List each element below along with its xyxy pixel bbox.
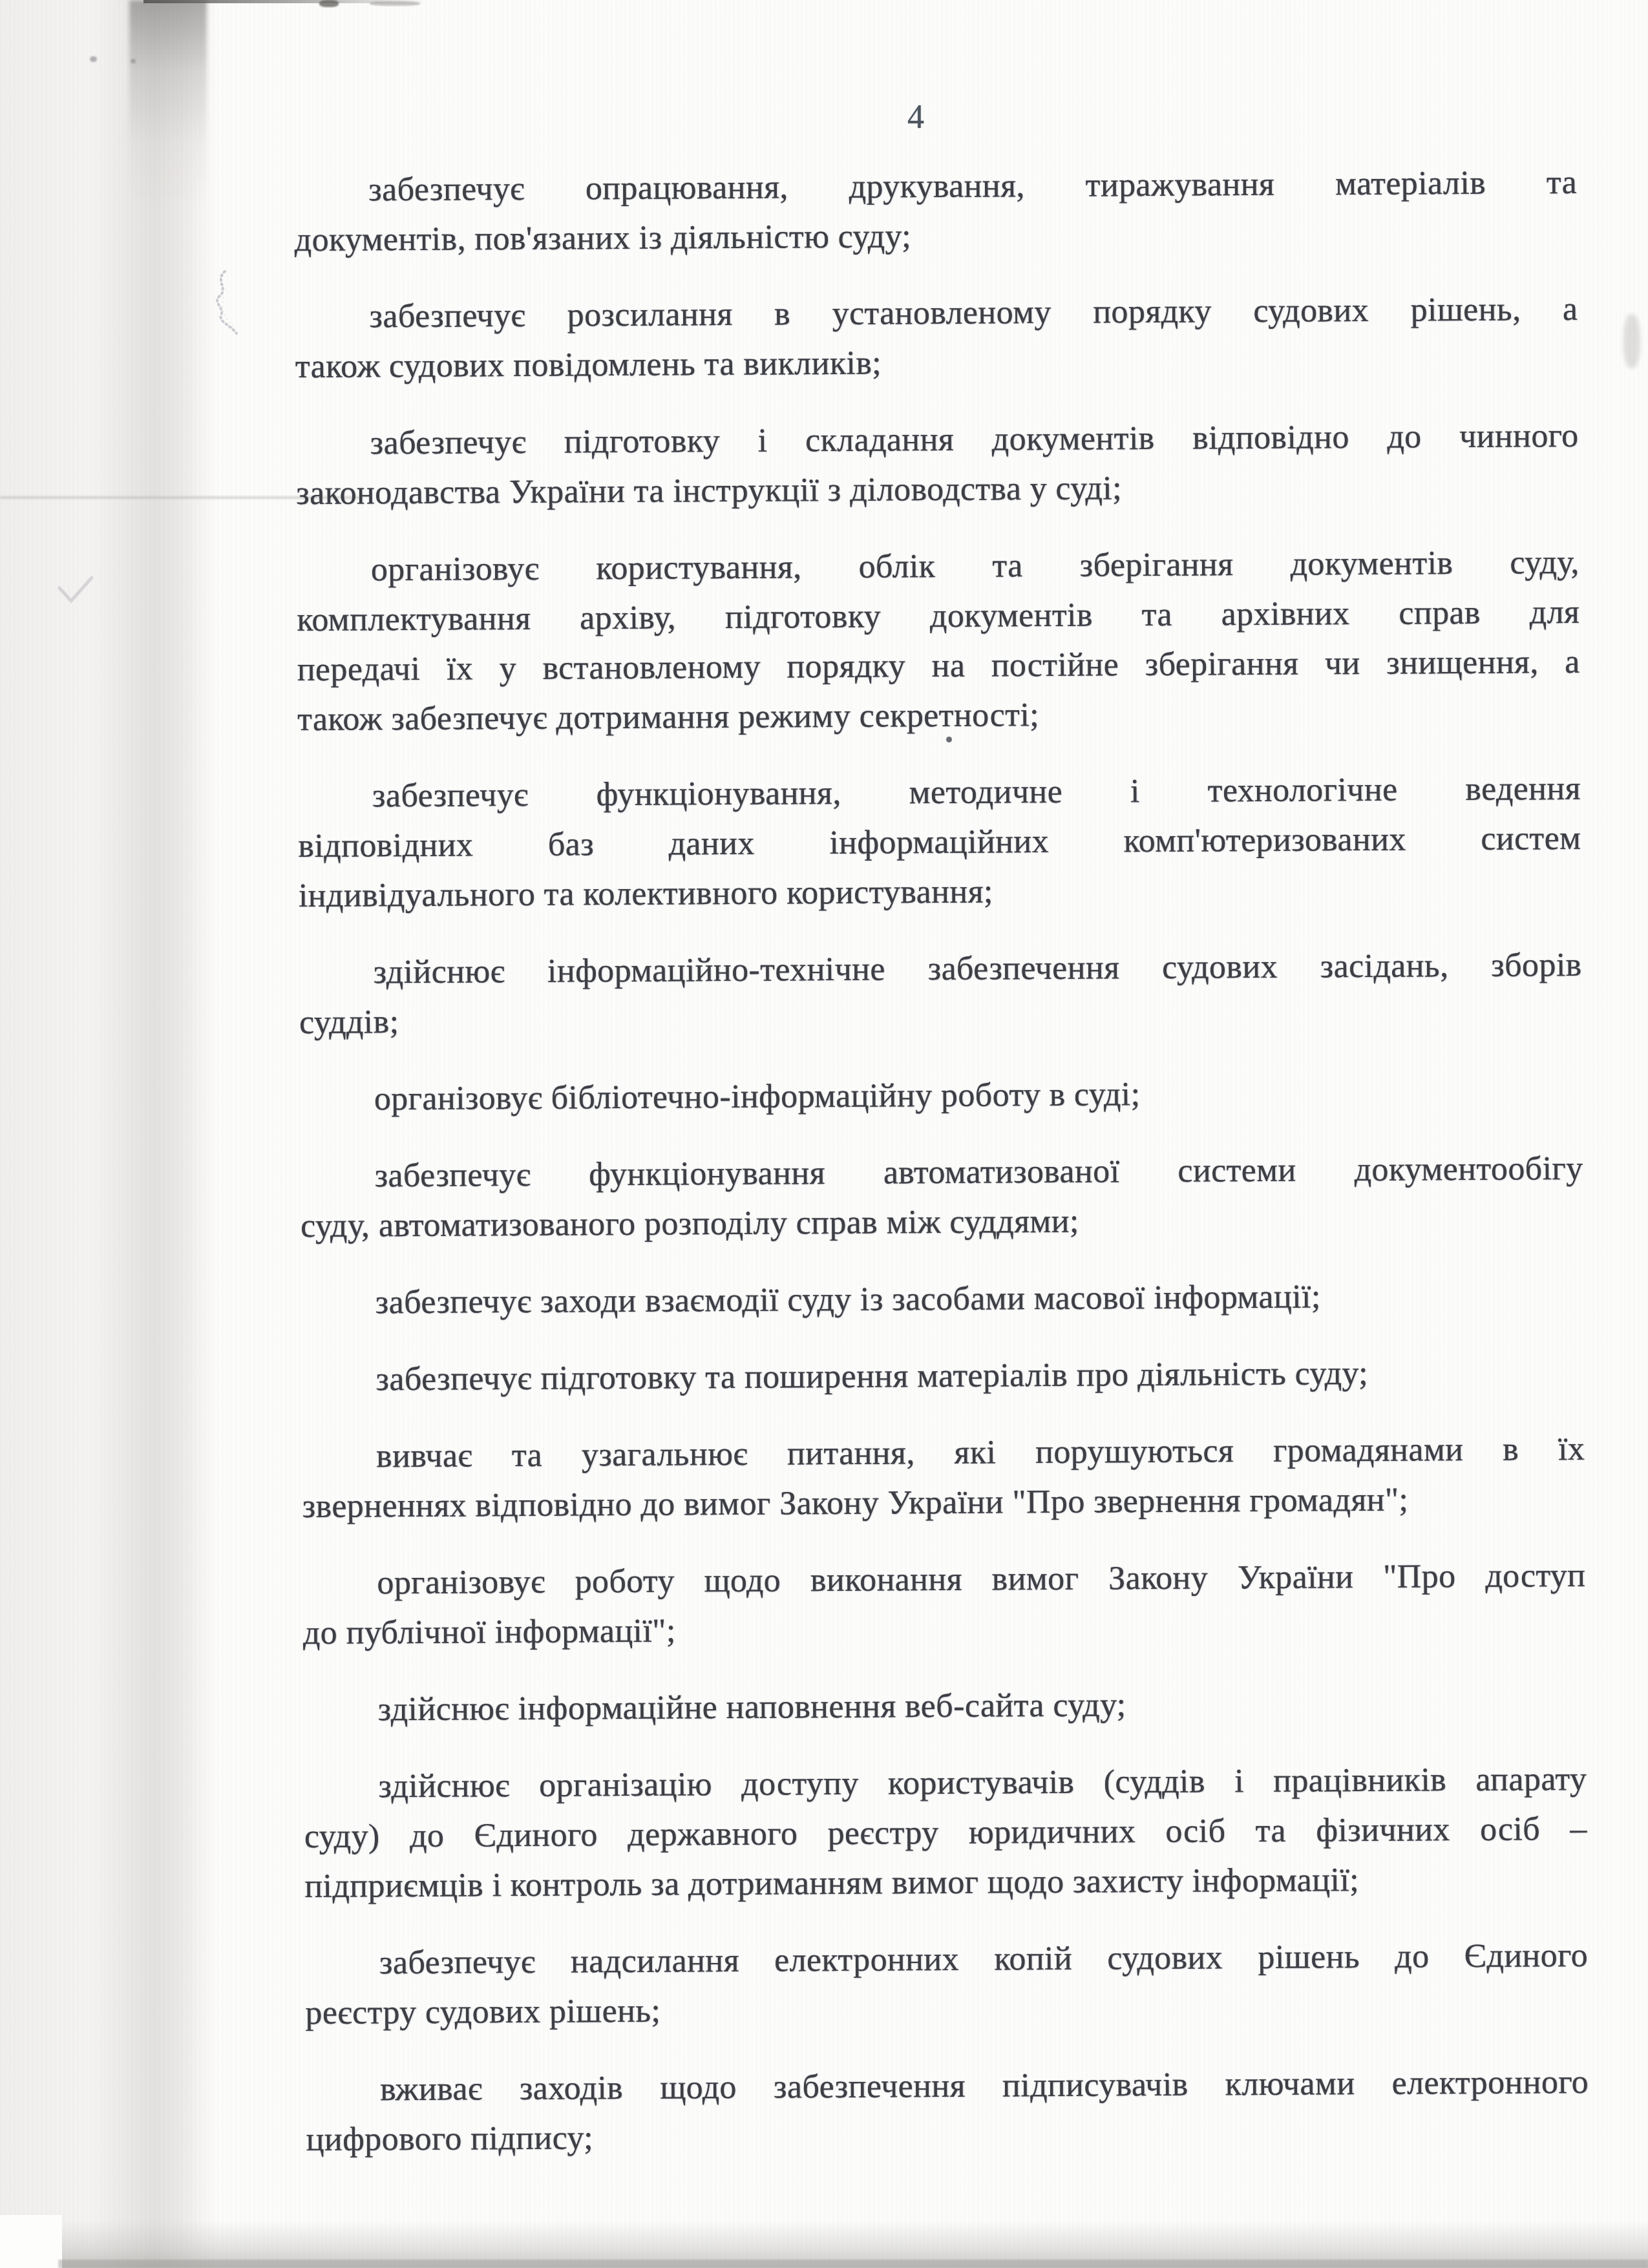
text-line: індивідуального та колективного користув…	[299, 863, 1581, 921]
paragraph: забезпечує розсилання в установленому по…	[295, 284, 1578, 392]
text-line: організовує бібліотечно-інформаційну роб…	[300, 1067, 1583, 1124]
text-line: суддів;	[299, 990, 1582, 1047]
text-line: законодавства України та інструкції з ді…	[296, 461, 1579, 518]
document-text-block: забезпечує опрацювання, друкування, тира…	[294, 158, 1589, 2165]
text-line: також судових повідомлень та викликів;	[295, 334, 1578, 392]
text-line: забезпечує розсилання в установленому по…	[295, 284, 1578, 342]
scan-speck	[131, 59, 136, 63]
scan-smudge	[319, 0, 339, 7]
paragraph: вивчає та узагальнює питання, які порушу…	[302, 1424, 1585, 1531]
paragraph: забезпечує функціонування автоматизовано…	[300, 1144, 1583, 1251]
text-line: суду, автоматизованого розподілу справ м…	[301, 1193, 1583, 1251]
scan-smudge	[370, 1, 420, 6]
scan-fold-shadow-top	[129, 0, 207, 207]
text-line: забезпечує надсилання електронних копій …	[305, 1931, 1588, 1988]
text-line: забезпечує функціонування автоматизовано…	[300, 1144, 1583, 1201]
text-line: здійснює інформаційне наповнення веб-сай…	[303, 1677, 1586, 1735]
scan-left-fold-shading	[0, 0, 220, 2268]
text-line: забезпечує опрацювання, друкування, тира…	[294, 158, 1577, 215]
paragraph: забезпечує опрацювання, друкування, тира…	[294, 158, 1578, 265]
text-line: забезпечує підготовку і складання докуме…	[295, 411, 1578, 468]
text-line: забезпечує функціонування, методичне і т…	[298, 764, 1581, 821]
paragraph: забезпечує надсилання електронних копій …	[305, 1931, 1589, 2038]
paragraph: забезпечує заходи взаємодії суду із засо…	[301, 1270, 1584, 1328]
text-line: також забезпечує дотримання режиму секре…	[297, 687, 1580, 744]
paragraph: організовує користування, облік та збері…	[297, 538, 1581, 744]
paragraph: забезпечує підготовку та поширення матер…	[301, 1347, 1584, 1405]
paragraph: вживає заходів щодо забезпечення підпису…	[306, 2057, 1589, 2165]
text-line: реєстру судових рішень;	[305, 1980, 1588, 2038]
scanned-document-page: { "page": { "number": "4", "ink_color": …	[0, 0, 1648, 2268]
text-line: комплектування архіву, підготовку докуме…	[297, 587, 1579, 645]
text-line: вивчає та узагальнює питання, які порушу…	[302, 1424, 1585, 1482]
text-line: підприємців і контроль за дотриманням ви…	[304, 1854, 1587, 1911]
text-line: забезпечує заходи взаємодії суду із засо…	[301, 1270, 1584, 1328]
paragraph: здійснює інформаційно-технічне забезпече…	[299, 940, 1582, 1047]
text-line: здійснює інформаційно-технічне забезпече…	[299, 940, 1581, 998]
text-line: передачі їх у встановленому порядку на п…	[297, 637, 1580, 695]
text-line: відповідних баз даних інформаційних комп…	[298, 814, 1581, 871]
text-line: цифрового підпису;	[306, 2107, 1589, 2165]
paragraph: здійснює інформаційне наповнення веб-сай…	[303, 1677, 1586, 1735]
faint-check-mark	[56, 574, 97, 607]
text-line: забезпечує підготовку та поширення матер…	[301, 1347, 1584, 1405]
scan-paper-corner	[0, 2215, 62, 2268]
scan-bottom-edge-shading	[0, 2220, 1648, 2268]
page-number: 4	[893, 98, 938, 136]
paragraph: здійснює організацію доступу користувачі…	[304, 1754, 1587, 1911]
text-line: організовує роботу щодо виконання вимог …	[302, 1551, 1585, 1608]
paragraph: забезпечує функціонування, методичне і т…	[298, 764, 1581, 921]
scan-top-edge-line	[143, 0, 428, 3]
text-line: здійснює організацію доступу користувачі…	[304, 1754, 1587, 1812]
paragraph: організовує роботу щодо виконання вимог …	[302, 1551, 1586, 1658]
text-line: зверненнях відповідно до вимог Закону Ук…	[302, 1474, 1585, 1531]
text-line: суду) до Єдиного державного реєстру юрид…	[304, 1804, 1587, 1862]
scan-speck	[90, 56, 97, 62]
text-line: організовує користування, облік та збері…	[297, 538, 1579, 595]
paragraph: забезпечує підготовку і складання докуме…	[295, 411, 1579, 518]
pencil-squiggle-mark	[206, 266, 257, 344]
scan-smudge	[1623, 314, 1640, 368]
scan-bottom-edge-line	[58, 2260, 1648, 2268]
text-line: до публічної інформації";	[303, 1601, 1586, 1658]
paragraph: організовує бібліотечно-інформаційну роб…	[300, 1067, 1583, 1124]
text-line: документів, пов'язаних із діяльністю суд…	[294, 207, 1577, 265]
text-line: вживає заходів щодо забезпечення підпису…	[306, 2057, 1589, 2115]
